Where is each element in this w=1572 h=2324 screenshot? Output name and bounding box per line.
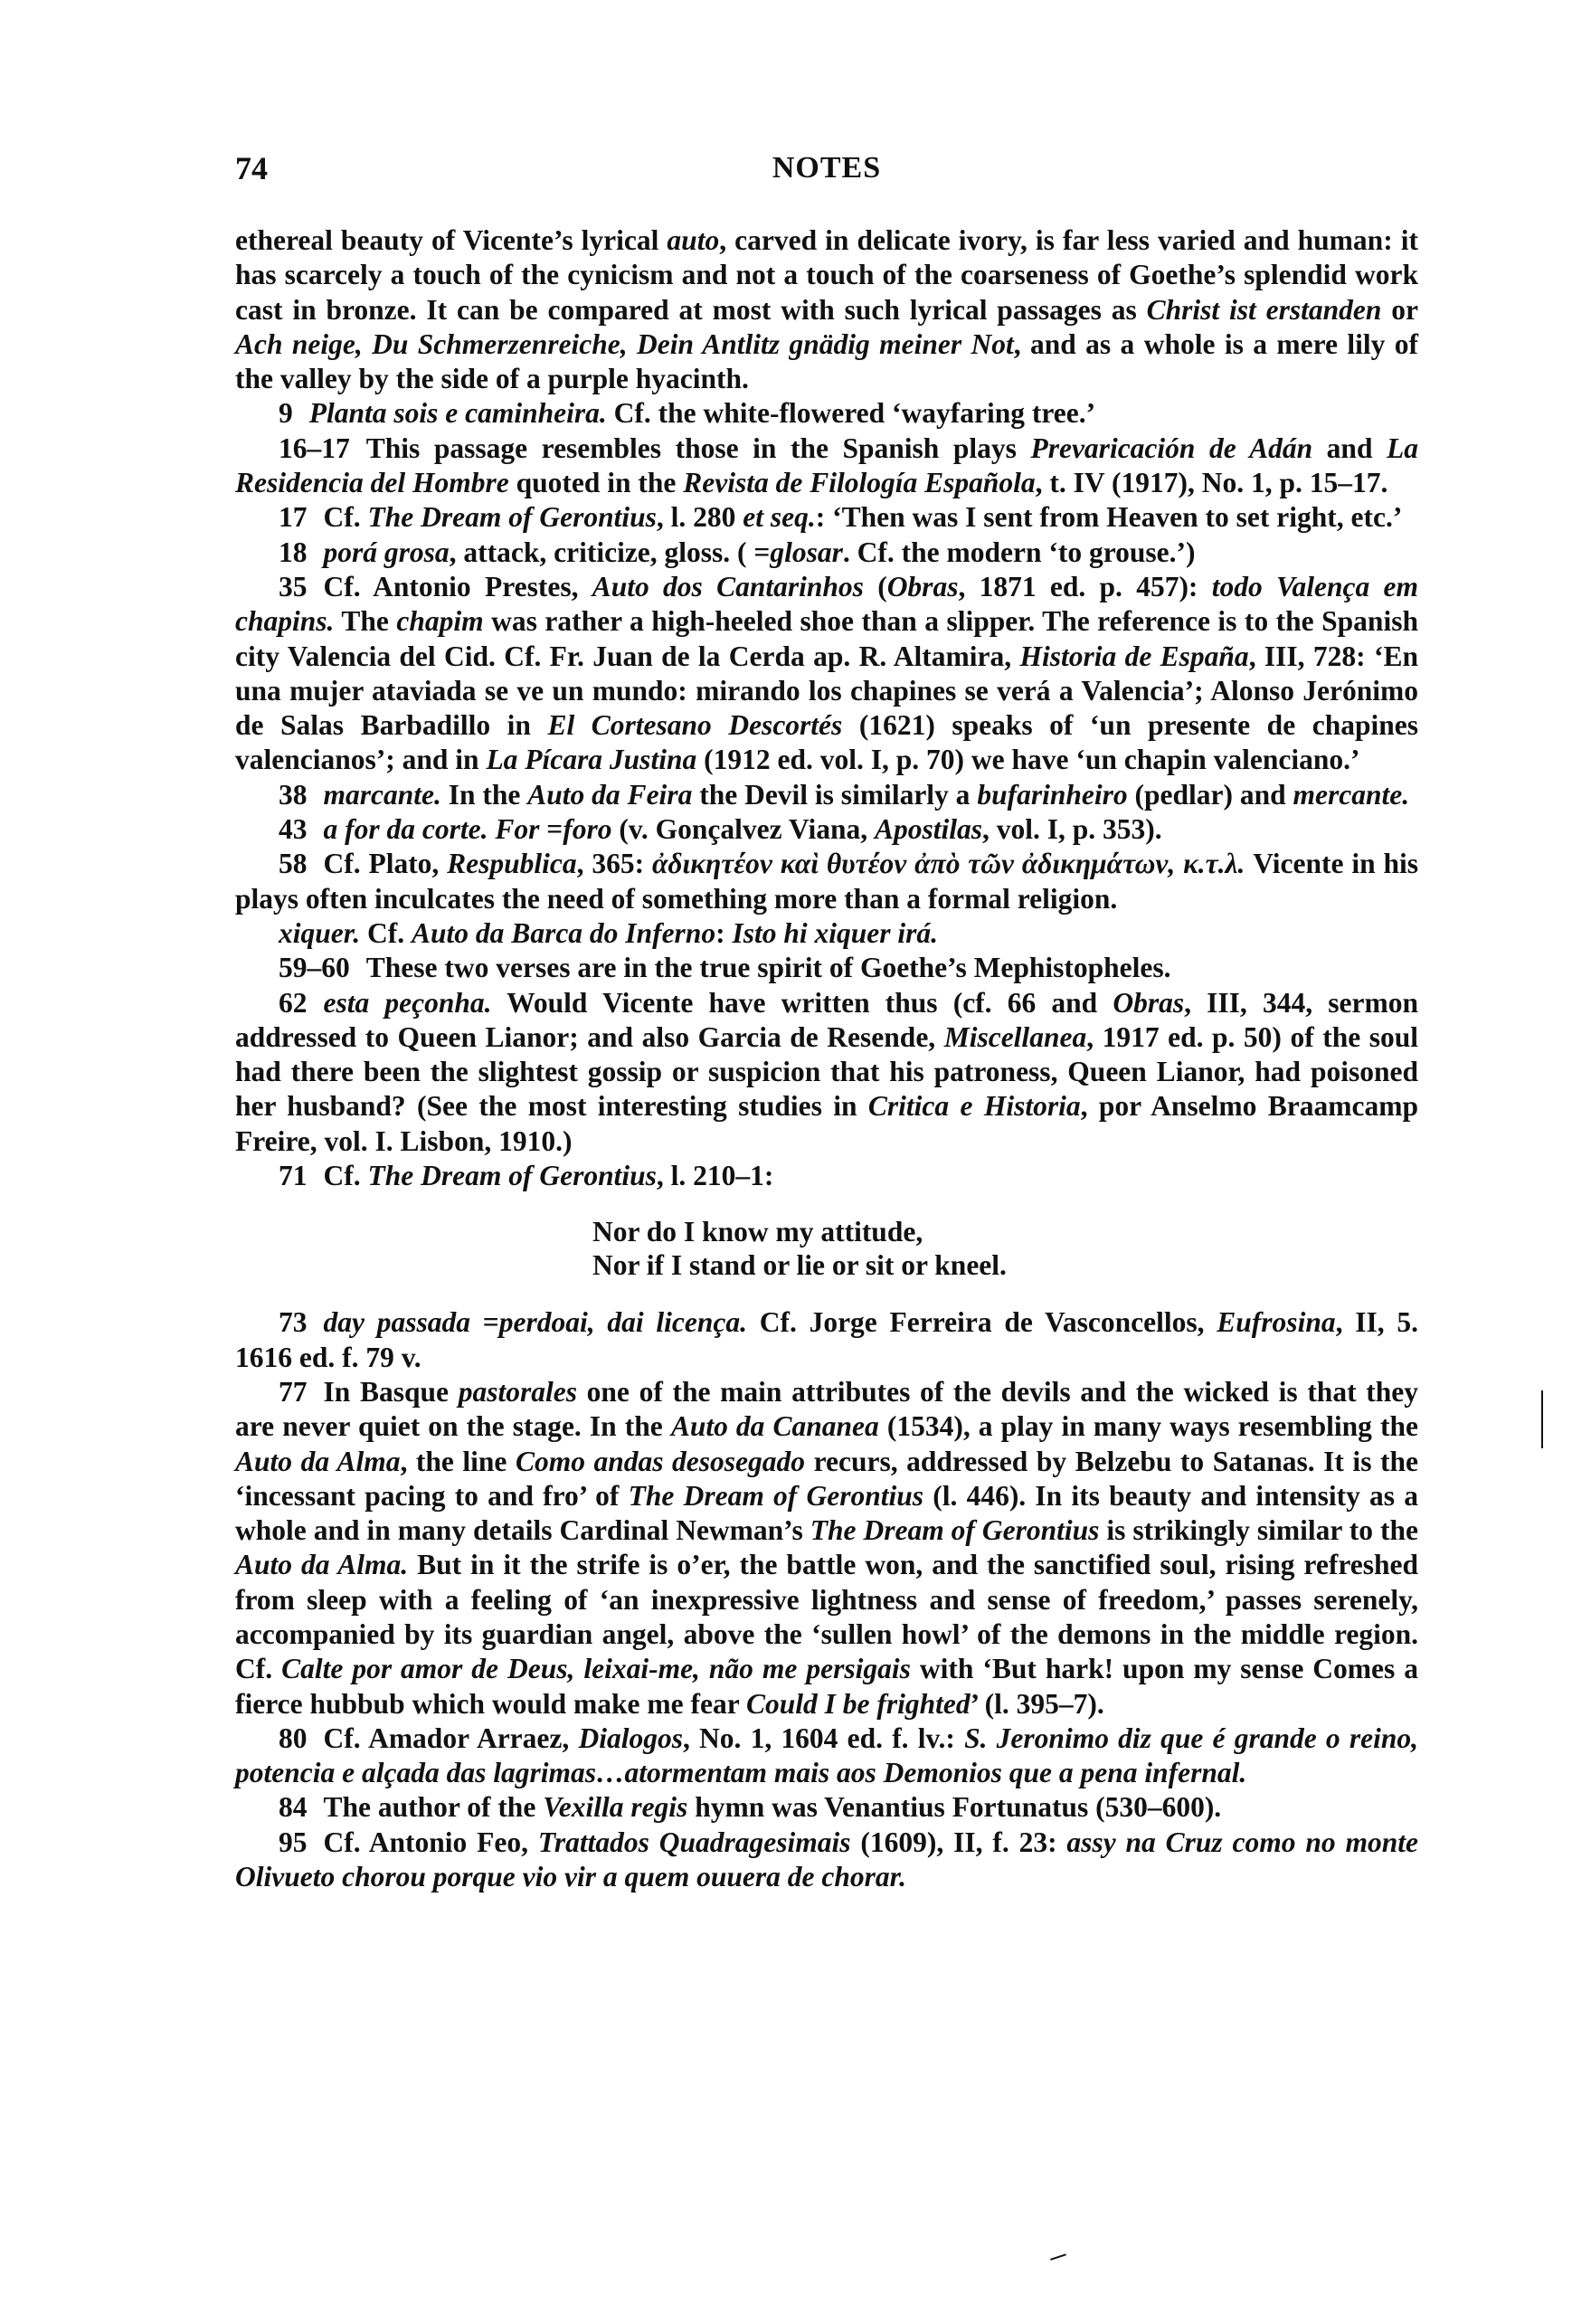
line-reference: 62 — [279, 987, 308, 1019]
note-entry: 18porá grosa, attack, criticize, gloss. … — [235, 536, 1418, 570]
text: These two verses are in the true spirit … — [366, 952, 1171, 983]
italic-text: Auto da Barca do Inferno — [412, 917, 715, 949]
text: The author of the — [324, 1791, 544, 1823]
note-entry: xiquer. Cf. Auto da Barca do Inferno: Is… — [235, 916, 1418, 951]
line-reference: 71 — [279, 1160, 308, 1191]
italic-text: pastorales — [459, 1376, 577, 1408]
italic-text: Revista de Filología Española — [683, 467, 1035, 498]
text: The — [334, 605, 396, 637]
text: , vol. I, p. 353). — [982, 813, 1162, 845]
italic-text: esta peçonha. — [324, 987, 492, 1019]
italic-text: Historia de España — [1019, 640, 1248, 672]
text: Cf. Antonio Feo, — [324, 1826, 538, 1858]
line-reference: 84 — [279, 1791, 308, 1823]
italic-text: ἀδικητέον καὶ θυτέον ἀπὸ τῶν ἀδικημάτων,… — [652, 848, 1245, 879]
line-reference: 59–60 — [279, 952, 350, 983]
italic-text: perdoai, dai licença. — [499, 1306, 747, 1338]
notes-body: ethereal beauty of Vicente’s lyrical aut… — [235, 223, 1418, 1894]
italic-text: La Pícara Justina — [486, 744, 696, 775]
text: or — [1381, 294, 1418, 326]
italic-text: The Dream of Gerontius — [368, 501, 657, 533]
note-continuation: ethereal beauty of Vicente’s lyrical aut… — [235, 223, 1418, 396]
italic-text: Eufrosina — [1217, 1306, 1335, 1338]
italic-text: Ach neige, Du Schmerzenreiche, Dein Antl… — [235, 328, 1014, 360]
italic-text: Como andas desosegado — [516, 1446, 805, 1477]
italic-text: Isto hi xiquer irá. — [732, 917, 938, 949]
italic-text: The Dream of Gerontius — [629, 1480, 923, 1512]
italic-text: mercante. — [1293, 779, 1410, 811]
italic-text: Auto da Feira — [527, 779, 692, 811]
italic-text: The Dream of Gerontius — [368, 1160, 657, 1191]
line-reference: 17 — [279, 501, 308, 533]
text: Cf. Amador Arraez, — [324, 1722, 579, 1754]
italic-text: foro — [563, 813, 611, 845]
text: Cf. Plato, — [324, 848, 448, 879]
text: ( — [864, 571, 887, 602]
text: the Devil is similarly a — [692, 779, 977, 811]
verse-line: Nor do I know my attitude, — [592, 1215, 1418, 1248]
text: Cf. — [324, 1160, 368, 1191]
note-entry: 95Cf. Antonio Feo, Trattados Quadragesim… — [235, 1826, 1418, 1895]
text: In the — [441, 779, 527, 811]
italic-text: El Cortesano Descortés — [547, 709, 842, 741]
note-entry: 80Cf. Amador Arraez, Dialogos, No. 1, 16… — [235, 1722, 1418, 1791]
italic-text: Calte por amor de Deus, leixai-me, não m… — [281, 1653, 911, 1684]
italic-text: Prevaricación de Adán — [1030, 432, 1312, 464]
line-reference: 77 — [279, 1376, 308, 1408]
text: = — [470, 1306, 499, 1338]
text: . Cf. the modern ‘to grouse.’) — [843, 536, 1196, 568]
text: Would Vicente have written thus (cf. 66 … — [492, 987, 1113, 1019]
text: Cf. Jorge Ferreira de Vasconcellos, — [747, 1306, 1217, 1338]
verse-quotation: Nor do I know my attitude,Nor if I stand… — [592, 1215, 1418, 1282]
line-reference: 80 — [279, 1722, 308, 1754]
text: (1609), II, f. 23: — [851, 1826, 1067, 1858]
text: , 1871 ed. p. 457): — [958, 571, 1211, 602]
note-entry: 71Cf. The Dream of Gerontius, l. 210–1: — [235, 1159, 1418, 1193]
note-entry: 58Cf. Plato, Respublica, 365: ἀδικητέον … — [235, 847, 1418, 916]
text: : — [715, 917, 732, 949]
running-title: NOTES — [0, 150, 1572, 186]
text: This passage resembles those in the Span… — [366, 432, 1031, 464]
italic-text: marcante. — [324, 779, 441, 811]
italic-text: Obras — [1113, 987, 1184, 1019]
italic-text: Auto da Alma. — [235, 1549, 408, 1580]
text: (pedlar) and — [1128, 779, 1293, 811]
text: Cf. — [360, 917, 412, 949]
text: is strikingly similar to the — [1099, 1514, 1418, 1546]
text: and — [1312, 432, 1387, 464]
text: In Basque — [324, 1376, 459, 1408]
italic-text: Dialogos — [578, 1722, 683, 1754]
note-entry: 16–17This passage resembles those in the… — [235, 432, 1418, 501]
line-reference: 73 — [279, 1306, 308, 1338]
italic-text: Planta sois e caminheira. — [309, 397, 607, 429]
line-reference: 16–17 — [279, 432, 350, 464]
line-reference: 18 — [279, 536, 308, 568]
line-reference: 35 — [279, 571, 308, 602]
text: , attack, criticize, gloss. ( = — [450, 536, 771, 568]
text: = — [539, 813, 563, 845]
text: ethereal beauty of Vicente’s lyrical — [235, 224, 667, 256]
text: Cf. — [324, 501, 368, 533]
italic-text: Apostilas — [875, 813, 982, 845]
italic-text: Christ ist erstanden — [1147, 294, 1382, 326]
italic-text: Auto dos Cantarinhos — [592, 571, 864, 602]
italic-text: Vexilla regis — [543, 1791, 687, 1823]
text: , No. 1, 1604 ed. f. lv.: — [683, 1722, 964, 1754]
italic-text: Auto da Cananea — [671, 1410, 879, 1442]
italic-text: Respublica — [447, 848, 577, 879]
note-entry: 59–60These two verses are in the true sp… — [235, 951, 1418, 985]
italic-text: et seq. — [743, 501, 815, 533]
text: , 365: — [577, 848, 652, 879]
verse-line: Nor if I stand or lie or sit or kneel. — [592, 1248, 1418, 1282]
italic-text: Miscellanea — [944, 1021, 1087, 1053]
note-entry: 43a for da corte. For =foro (v. Gonçalve… — [235, 812, 1418, 847]
italic-text: bufarinheiro — [977, 779, 1127, 811]
text: , the line — [400, 1446, 515, 1477]
italic-text: a for da corte. — [324, 813, 488, 845]
italic-text: Trattados Quadragesimais — [538, 1826, 851, 1858]
text: quoted in the — [509, 467, 684, 498]
italic-text: The Dream of Gerontius — [810, 1514, 1100, 1546]
note-entry: 38marcante. In the Auto da Feira the Dev… — [235, 778, 1418, 812]
italic-text: glosar — [770, 536, 843, 568]
note-entry: 62esta peçonha. Would Vicente have writt… — [235, 986, 1418, 1159]
italic-text: day passada — [324, 1306, 471, 1338]
text: (1534), a play in many ways resembling t… — [879, 1410, 1418, 1442]
text: (1912 ed. vol. I, p. 70) we have ‘un cha… — [696, 744, 1359, 775]
italic-text: For — [495, 813, 539, 845]
italic-text: Auto da Alma — [235, 1446, 400, 1477]
italic-text: xiquer. — [279, 917, 360, 949]
text: (v. Gonçalvez Viana, — [611, 813, 875, 845]
line-reference: 43 — [279, 813, 308, 845]
line-reference: 58 — [279, 848, 308, 879]
italic-text: Obras — [887, 571, 959, 602]
text: : ‘Then was I sent from Heaven to set ri… — [816, 501, 1403, 533]
text: , l. 210–1: — [657, 1160, 774, 1191]
line-reference: 95 — [279, 1826, 308, 1858]
text: hymn was Venantius Fortunatus (530–600). — [687, 1791, 1221, 1823]
margin-mark — [1541, 1390, 1543, 1448]
text: ’ (l. 395–7). — [971, 1688, 1104, 1720]
note-entry: 17Cf. The Dream of Gerontius, l. 280 et … — [235, 500, 1418, 535]
line-reference: 38 — [279, 779, 308, 811]
note-entry: 84The author of the Vexilla regis hymn w… — [235, 1790, 1418, 1825]
stray-mark — [1050, 2253, 1066, 2260]
line-reference: 9 — [279, 397, 293, 429]
italic-text: Critica e Historia — [868, 1090, 1081, 1122]
note-entry: 9Planta sois e caminheira. Cf. the white… — [235, 396, 1418, 431]
text: , l. 280 — [657, 501, 743, 533]
italic-text: chapim — [396, 605, 483, 637]
text: Cf. the white-flowered ‘wayfaring tree.’ — [607, 397, 1095, 429]
note-entry: 77In Basque pastorales one of the main a… — [235, 1375, 1418, 1722]
note-entry: 35Cf. Antonio Prestes, Auto dos Cantarin… — [235, 570, 1418, 778]
text: , t. IV (1917), No. 1, p. 15–17. — [1036, 467, 1388, 498]
note-entry: 73day passada =perdoai, dai licença. Cf.… — [235, 1305, 1418, 1375]
italic-text: Could I be frighted — [746, 1688, 971, 1720]
italic-text: porá grosa — [324, 536, 450, 568]
italic-text: auto — [667, 224, 719, 256]
text: Cf. Antonio Prestes, — [324, 571, 592, 602]
